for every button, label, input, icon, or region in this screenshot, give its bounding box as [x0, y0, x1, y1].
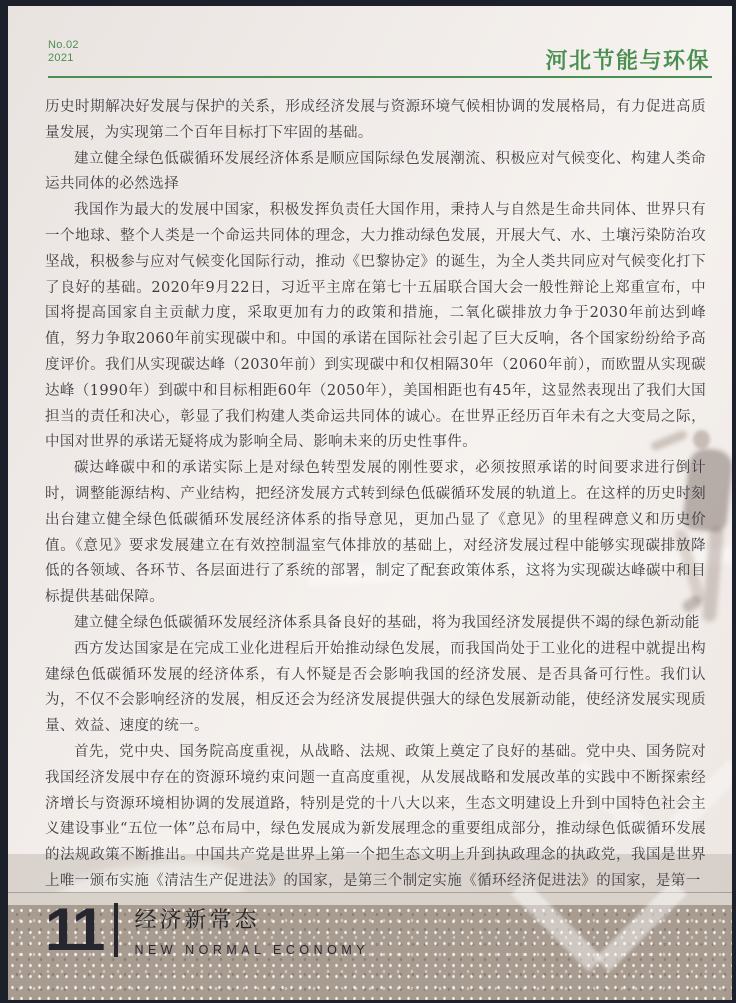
section-title-zh: 经济新常态 — [134, 903, 369, 934]
magazine-page: { "header": { "issue_no": "No.02", "year… — [0, 0, 736, 1003]
paragraph: 建立健全绿色低碳循环发展经济体系具备良好的基础，将为我国经济发展提供不竭的绿色新… — [45, 611, 706, 637]
paragraph: 建立健全绿色低碳循环发展经济体系是顺应国际绿色发展潮流、积极应对气候变化、构建人… — [45, 147, 706, 199]
paragraph: 历史时期解决好发展与保护的关系，形成经济发展与资源环境气候相协调的发展格局，有力… — [45, 95, 706, 147]
page-footer: 11 经济新常态 NEW NORMAL ECONOMY — [45, 900, 369, 960]
page-surface: No.02 2021 河北节能与环保 历史时期解决好发展与保护的关系，形成经济发… — [8, 6, 732, 1000]
issue-year: 2021 — [48, 52, 79, 65]
paragraph: 西方发达国家是在完成工业化进程后开始推动绿色发展，而我国尚处于工业化的进程中就提… — [45, 637, 706, 740]
paragraph: 我国作为最大的发展中国家，积极发挥负责任大国作用，秉持人与自然是生命共同体、世界… — [45, 198, 706, 456]
article-body: 历史时期解决好发展与保护的关系，形成经济发展与资源环境气候相协调的发展格局，有力… — [45, 95, 706, 895]
footer-section-titles: 经济新常态 NEW NORMAL ECONOMY — [134, 903, 369, 957]
footer-divider-bar — [114, 903, 118, 957]
issue-info: No.02 2021 — [48, 39, 79, 65]
page-number: 11 — [45, 900, 102, 960]
issue-number: No.02 — [48, 39, 79, 52]
paragraph: 碳达峰碳中和的承诺实际上是对绿色转型发展的刚性要求，必须按照承诺的时间要求进行倒… — [45, 456, 706, 611]
header-rule — [48, 76, 712, 78]
journal-title: 河北节能与环保 — [545, 44, 710, 75]
paragraph: 首先，党中央、国务院高度重视，从战略、法规、政策上奠定了良好的基础。党中央、国务… — [45, 740, 706, 895]
section-title-en: NEW NORMAL ECONOMY — [134, 943, 369, 957]
